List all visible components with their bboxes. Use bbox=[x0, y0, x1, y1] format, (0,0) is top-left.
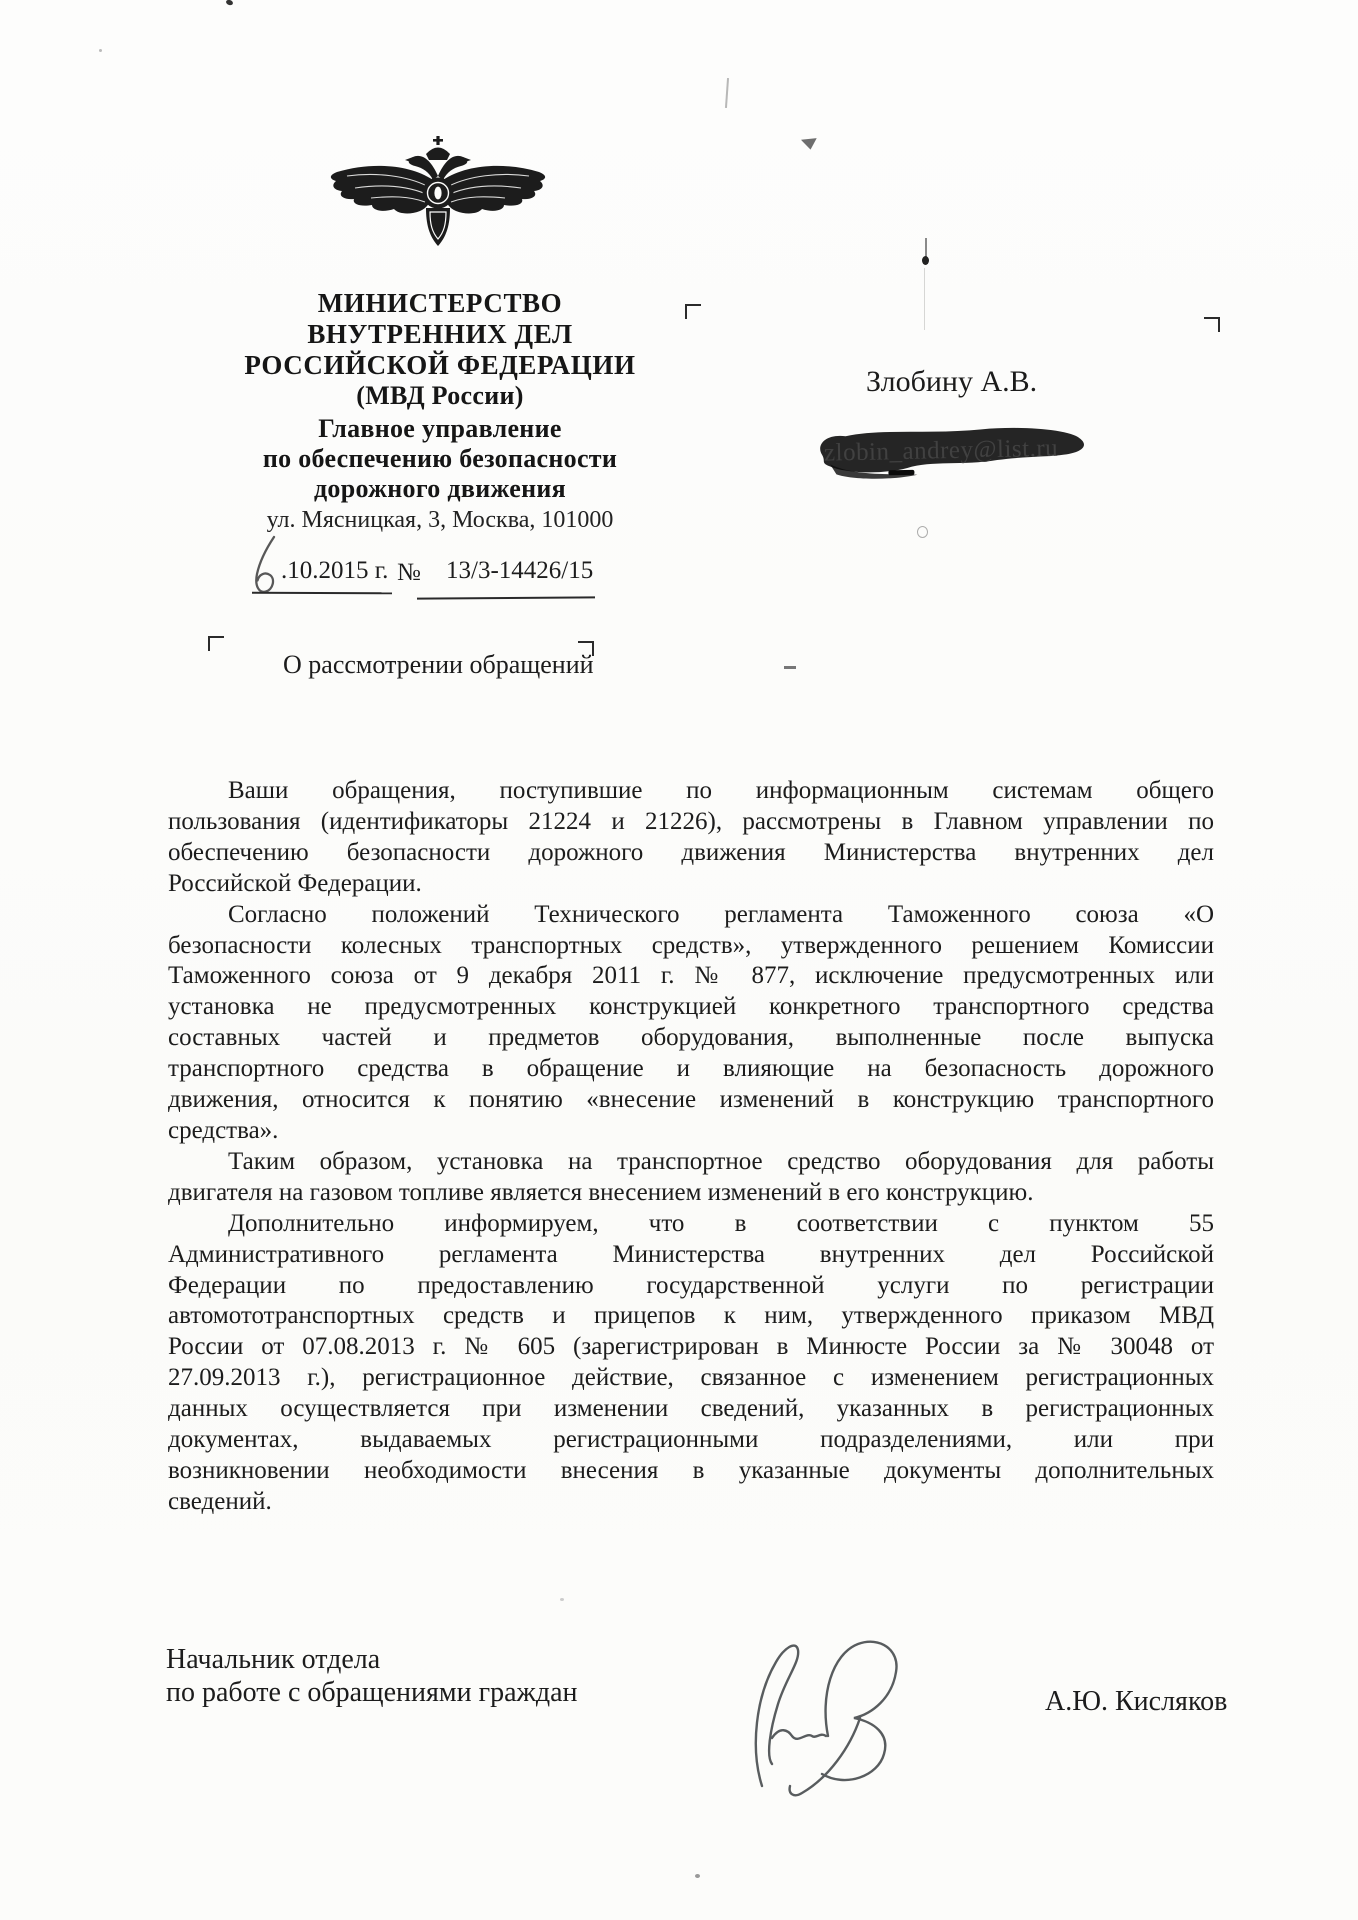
body-line: транспортного средства в обращение и вли… bbox=[168, 1054, 1214, 1085]
division-line-2: по обеспечению безопасности bbox=[128, 444, 752, 474]
letter-body: Ваши обращения, поступившие по информаци… bbox=[168, 776, 1214, 1518]
corner-mark-recipient-left bbox=[685, 304, 701, 319]
redacted-email-text: zlobin_andrey@list.ru bbox=[824, 435, 1059, 468]
corner-mark-recipient-right bbox=[1204, 317, 1220, 332]
outgoing-number: 13/3-14426/15 bbox=[446, 557, 593, 585]
scan-artifact-ink-dot bbox=[922, 256, 929, 265]
scan-artifact-dash bbox=[784, 666, 796, 669]
body-line: Таким образом, установка на транспортное… bbox=[168, 1147, 1214, 1178]
body-line: составных частей и предметов оборудовани… bbox=[168, 1023, 1214, 1054]
signer-title-line-2: по работе с обращениями граждан bbox=[166, 1677, 578, 1709]
number-sign: № bbox=[397, 559, 421, 587]
body-line: данных осуществляется при изменении свед… bbox=[168, 1394, 1214, 1425]
scan-artifact-ring bbox=[917, 526, 928, 538]
division-line-1: Главное управление bbox=[128, 414, 752, 444]
body-line: пользования (идентификаторы 21224 и 2122… bbox=[168, 807, 1214, 838]
org-name-line-2: ВНУТРЕННИХ ДЕЛ bbox=[128, 319, 752, 350]
body-line: Федерации по предоставлению государствен… bbox=[168, 1271, 1214, 1302]
scan-artifact-speck bbox=[99, 49, 102, 52]
handwritten-day-6 bbox=[249, 534, 281, 597]
scan-artifact-speck bbox=[695, 1874, 700, 1878]
number-underline bbox=[417, 596, 595, 599]
subject-line: О рассмотрении обращений bbox=[283, 650, 594, 680]
body-line: средства». bbox=[168, 1116, 1214, 1147]
body-line: двигателя на газовом топливе является вн… bbox=[168, 1178, 1214, 1209]
scanned-letter-page: МИНИСТЕРСТВО ВНУТРЕННИХ ДЕЛ РОССИЙСКОЙ Ф… bbox=[0, 0, 1358, 1920]
body-line: установка не предусмотренных конструкцие… bbox=[168, 992, 1214, 1023]
handwritten-signature bbox=[710, 1626, 925, 1798]
corner-mark-subject-left bbox=[208, 636, 224, 651]
org-name-short: (МВД России) bbox=[128, 381, 752, 411]
signer-title-line-1: Начальник отдела bbox=[166, 1644, 380, 1676]
body-line: Согласно положений Технического регламен… bbox=[168, 900, 1214, 931]
body-line: Административного регламента Министерств… bbox=[168, 1240, 1214, 1271]
body-line: автомототранспортных средств и прицепов … bbox=[168, 1301, 1214, 1332]
body-line: Ваши обращения, поступившие по информаци… bbox=[168, 776, 1214, 807]
body-line: Таможенного союза от 9 декабря 2011 г. №… bbox=[168, 961, 1214, 992]
redacted-email: zlobin_andrey@list.ru bbox=[811, 419, 1092, 485]
body-line: 27.09.2013 г.), регистрационное действие… bbox=[168, 1363, 1214, 1394]
recipient-name: Злобину А.В. bbox=[866, 365, 1037, 399]
body-line: возникновении необходимости внесения в у… bbox=[168, 1456, 1214, 1487]
body-line: России от 07.08.2013 г. № 605 (зарегистр… bbox=[168, 1332, 1214, 1363]
division-line-3: дорожного движения bbox=[128, 474, 752, 504]
body-line: документах, выдаваемых регистрационными … bbox=[168, 1425, 1214, 1456]
signer-name: А.Ю. Кисляков bbox=[1045, 1686, 1227, 1718]
org-name-line-1: МИНИСТЕРСТВО bbox=[128, 288, 752, 319]
org-address: ул. Мясницкая, 3, Москва, 101000 bbox=[128, 507, 752, 534]
scan-artifact-smudge bbox=[924, 268, 925, 330]
scan-artifact-ink-tail bbox=[925, 238, 927, 258]
body-line: движения, относится к понятию «внесение … bbox=[168, 1085, 1214, 1116]
date-field: .10.2015 г. bbox=[281, 557, 388, 585]
scan-artifact-mark bbox=[801, 133, 820, 151]
double-headed-eagle-emblem-icon bbox=[327, 136, 549, 266]
body-line: безопасности колесных транспортных средс… bbox=[168, 931, 1214, 962]
body-line: Российской Федерации. bbox=[168, 869, 1214, 900]
scan-artifact-dot bbox=[225, 0, 233, 6]
body-line: Дополнительно информируем, что в соответ… bbox=[168, 1209, 1214, 1240]
body-line: сведений. bbox=[168, 1487, 1214, 1518]
scan-artifact-speck bbox=[560, 1598, 564, 1601]
org-name-line-3: РОССИЙСКОЙ ФЕДЕРАЦИИ bbox=[128, 350, 752, 381]
scan-artifact-scratch bbox=[725, 78, 729, 108]
body-line: обеспечению безопасности дорожного движе… bbox=[168, 838, 1214, 869]
